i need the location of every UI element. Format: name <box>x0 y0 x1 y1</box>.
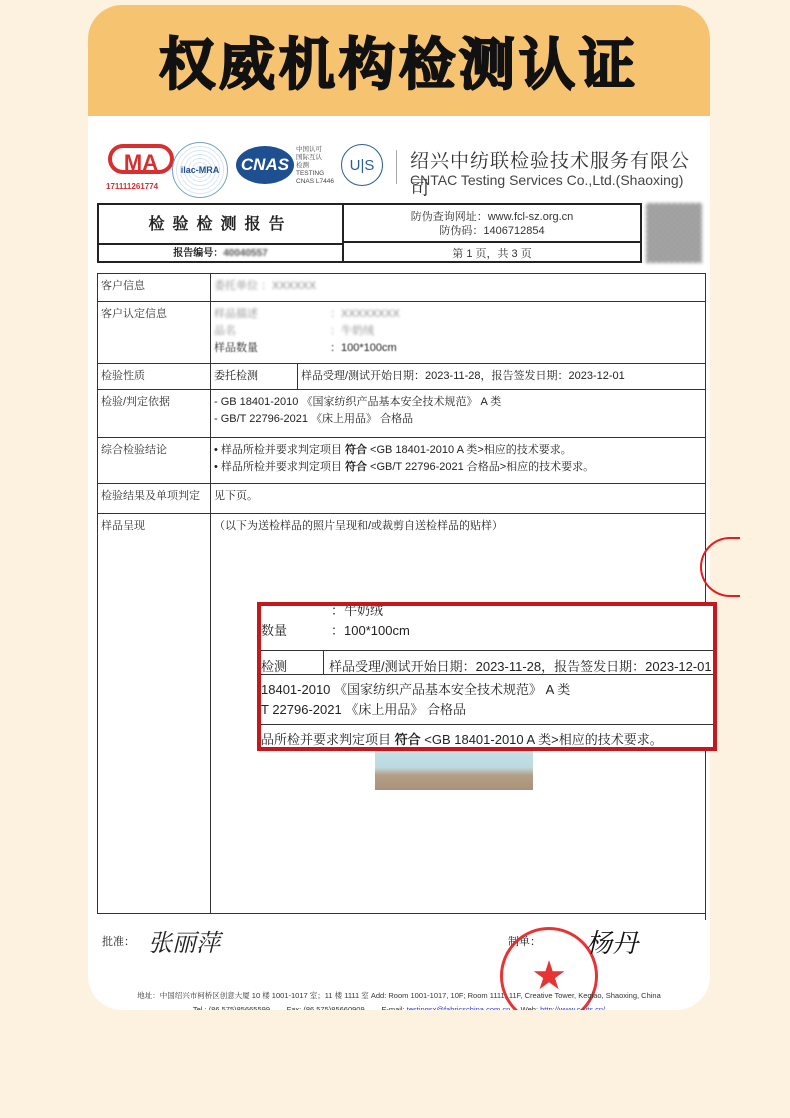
cma-logo-icon: MA <box>108 144 174 174</box>
footer-address: 地址：中国绍兴市柯桥区创意大厦 10 楼 1001-1017 室；11 楼 11… <box>88 990 710 1001</box>
verify-info: 防伪查询网址：www.fcl-sz.org.cn 防伪码：1406712854 <box>344 205 640 243</box>
qr-code-icon <box>646 203 702 263</box>
logo-strip: MA 171111261774 ilac-MRA CNAS 中国认可国际互认检测… <box>106 140 706 195</box>
report-card: 权威机构检测认证 MA 171111261774 ilac-MRA CNAS 中… <box>88 5 710 1010</box>
report-table: 客户信息 委托单位 ：XXXXXX 客户认定信息 样品描述：XXXXXXXX 品… <box>97 273 706 914</box>
banner-title: 权威机构检测认证 <box>159 21 639 101</box>
banner: 权威机构检测认证 <box>88 5 710 116</box>
report-header: 检验检测报告 报告编号：40040557 防伪查询网址：www.fcl-sz.o… <box>97 203 642 263</box>
divider <box>396 150 397 184</box>
table-row: 检验结果及单项判定 见下页。 <box>98 484 706 514</box>
cnas-text: 中国认可国际互认检测 TESTINGCNAS L7446 <box>296 146 334 186</box>
report-title: 检验检测报告 <box>99 205 344 245</box>
table-row: 综合检验结论 • 样品所检并要求判定项目 符合 <GB 18401-2010 A… <box>98 438 706 484</box>
table-row: 客户认定信息 样品描述：XXXXXXXX 品名：牛奶绒 样品数量：100*100… <box>98 302 706 364</box>
table-row: 检验/判定依据 - GB 18401-2010 《国家纺织产品基本安全技术规范》… <box>98 390 706 438</box>
page-indicator: 第 1 页，共 3 页 <box>344 245 640 263</box>
prepare-signature: 杨丹 <box>586 923 638 960</box>
web-link[interactable]: http://www.c-uts.cn/ <box>540 1005 605 1010</box>
cnas-logo-icon: CNAS <box>236 146 294 184</box>
approve-signature: 张丽萍 <box>148 923 220 958</box>
table-row: 检验性质 委托检测 样品受理/测试开始日期：2023-11-28，报告签发日期：… <box>98 364 706 390</box>
uts-logo-icon: U|S <box>341 144 383 186</box>
report-number: 报告编号：40040557 <box>99 245 344 263</box>
company-name-en: CNTAC Testing Services Co.,Ltd.(Shaoxing… <box>410 172 683 188</box>
footer-contact: Tel.: (86 575)85665599 Fax: (86 575)8566… <box>88 1005 710 1010</box>
approve-label: 批准： <box>102 933 135 949</box>
ilac-mra-logo-icon: ilac-MRA <box>172 142 228 198</box>
table-row: 客户信息 委托单位 ：XXXXXX <box>98 274 706 302</box>
cma-number: 171111261774 <box>106 182 158 191</box>
email-link[interactable]: testingsx@fabricschina.com.cn <box>407 1005 511 1010</box>
zoom-highlight-box: ：牛奶绒 数量 ：100*100cm 检测 样品受理/测试开始日期：2023-1… <box>257 602 717 751</box>
